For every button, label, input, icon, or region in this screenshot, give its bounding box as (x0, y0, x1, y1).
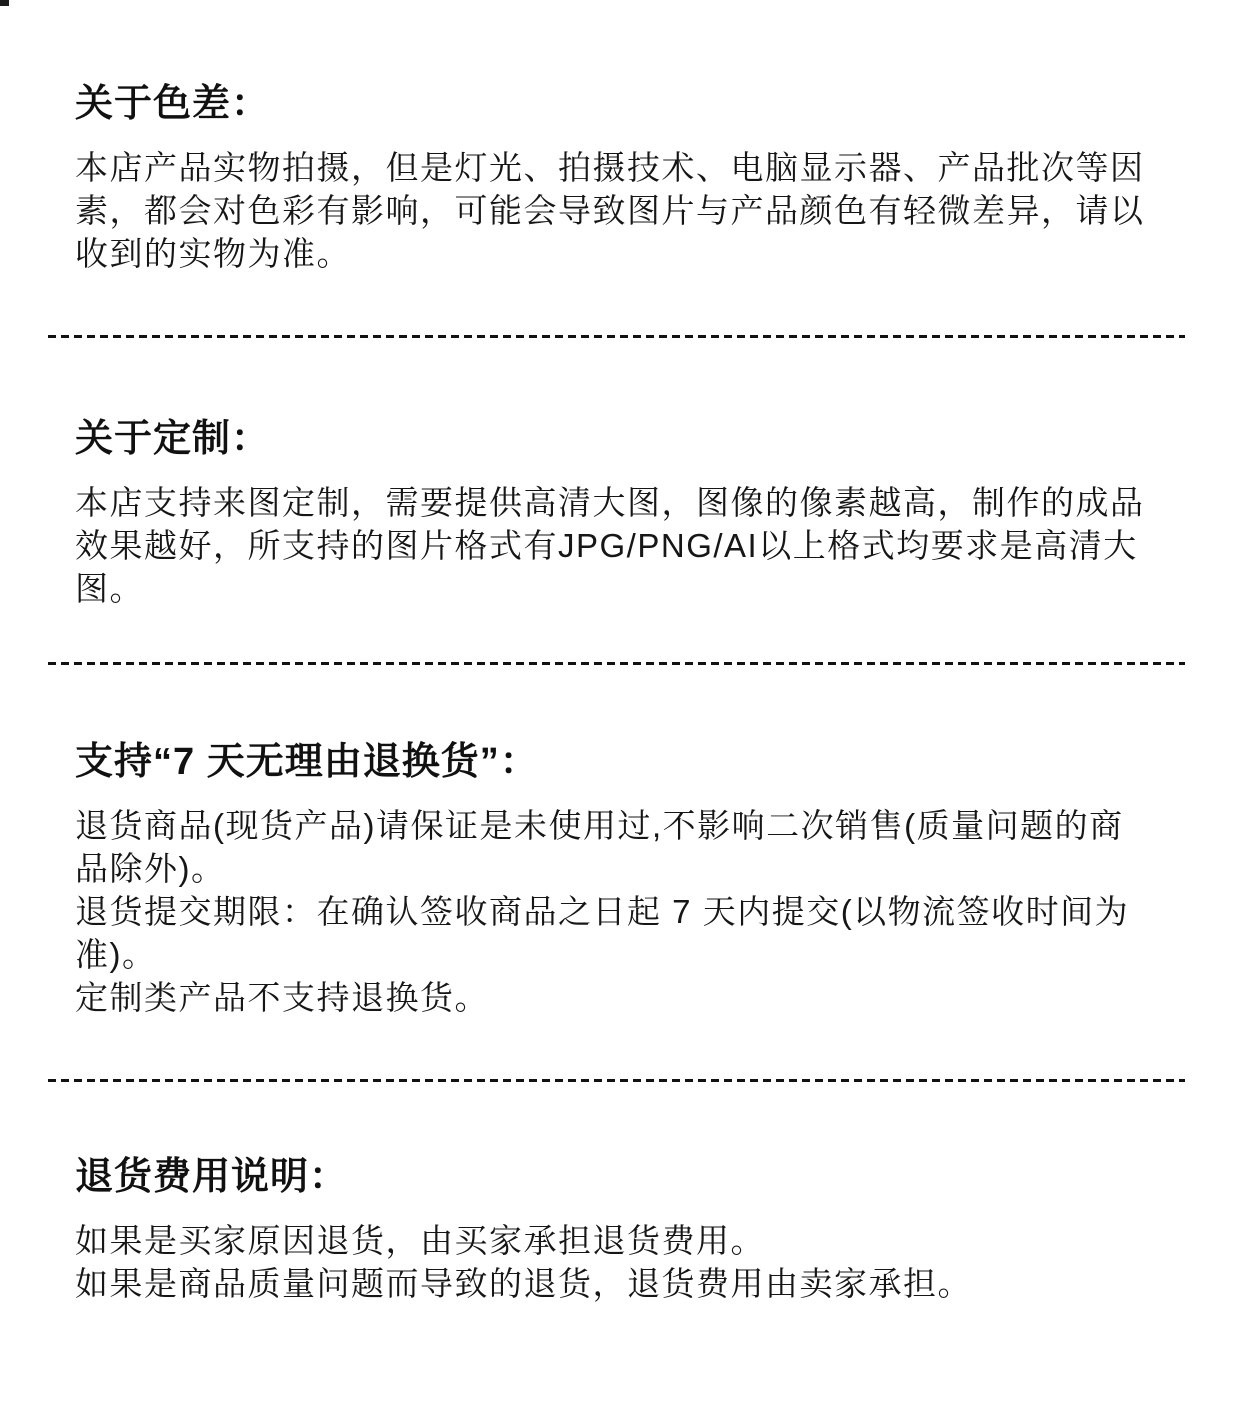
paragraph-line: 定制类产品不支持退换货。 (75, 976, 1170, 1019)
section-title: 支持“7 天无理由退换货”： (75, 741, 1170, 783)
dashed-divider (48, 662, 1185, 665)
paragraph-line: 如果是商品质量问题而导致的退货，退货费用由卖家承担。 (75, 1262, 1170, 1305)
corner-artifact (0, 0, 9, 6)
dashed-divider (48, 1079, 1185, 1082)
paragraph-line: 退货提交期限：在确认签收商品之日起 7 天内提交(以物流签收时间为 (75, 890, 1170, 933)
section-title: 退货费用说明： (75, 1156, 1170, 1198)
section-color-difference: 关于色差： 本店产品实物拍摄，但是灯光、拍摄技术、电脑显示器、产品批次等因 素，… (75, 0, 1170, 275)
paragraph-line: 如果是买家原因退货，由买家承担退货费用。 (75, 1219, 1170, 1262)
section-body: 如果是买家原因退货，由买家承担退货费用。 如果是商品质量问题而导致的退货，退货费… (75, 1219, 1170, 1305)
paragraph-line: 退货商品(现货产品)请保证是未使用过,不影响二次销售(质量问题的商 (75, 804, 1170, 847)
paragraph-line: 收到的实物为准。 (75, 232, 1170, 275)
section-body: 本店产品实物拍摄，但是灯光、拍摄技术、电脑显示器、产品批次等因 素，都会对色彩有… (75, 146, 1170, 275)
section-title: 关于定制： (75, 418, 1170, 460)
paragraph-line: 本店支持来图定制，需要提供高清大图，图像的像素越高，制作的成品 (75, 481, 1170, 524)
product-policy-page: 关于色差： 本店产品实物拍摄，但是灯光、拍摄技术、电脑显示器、产品批次等因 素，… (0, 0, 1242, 1424)
paragraph-line: 素，都会对色彩有影响，可能会导致图片与产品颜色有轻微差异，请以 (75, 189, 1170, 232)
section-title: 关于色差： (75, 83, 1170, 125)
paragraph-line: 本店产品实物拍摄，但是灯光、拍摄技术、电脑显示器、产品批次等因 (75, 146, 1170, 189)
paragraph-line: 图。 (75, 567, 1170, 610)
section-return-fees: 退货费用说明： 如果是买家原因退货，由买家承担退货费用。 如果是商品质量问题而导… (75, 1156, 1170, 1305)
dashed-divider (48, 335, 1185, 338)
paragraph-line: 效果越好，所支持的图片格式有JPG/PNG/AI以上格式均要求是高清大 (75, 524, 1170, 567)
paragraph-line: 品除外)。 (75, 847, 1170, 890)
paragraph-line: 准)。 (75, 933, 1170, 976)
section-customization: 关于定制： 本店支持来图定制，需要提供高清大图，图像的像素越高，制作的成品 效果… (75, 418, 1170, 610)
section-body: 退货商品(现货产品)请保证是未使用过,不影响二次销售(质量问题的商 品除外)。 … (75, 804, 1170, 1019)
section-return-policy: 支持“7 天无理由退换货”： 退货商品(现货产品)请保证是未使用过,不影响二次销… (75, 741, 1170, 1019)
section-body: 本店支持来图定制，需要提供高清大图，图像的像素越高，制作的成品 效果越好，所支持… (75, 481, 1170, 610)
